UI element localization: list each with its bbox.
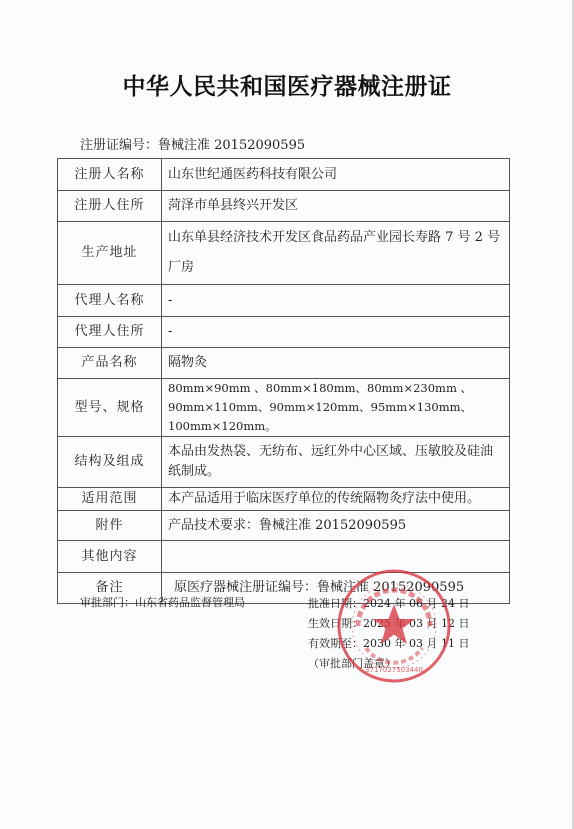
row-label: 注册人名称 <box>58 159 162 191</box>
table-row: 结构及组成 本品由发热袋、无纺布、远红外中心区域、压敏胶及硅油纸制成。 <box>58 437 510 488</box>
table-row: 其他内容 <box>58 541 510 573</box>
row-label: 产品名称 <box>58 348 162 379</box>
row-label: 结构及组成 <box>58 437 162 488</box>
row-value: 80mm×90mm 、80mm×180mm、80mm×230mm 、90mm×1… <box>162 379 510 437</box>
dates-block: 批准日期：2024 年 06 月 24 日 生效日期：2025 年 03 月 1… <box>308 594 469 674</box>
row-label: 代理人住所 <box>58 317 162 348</box>
row-value: 产品技术要求：鲁械注准 20152090595 <box>162 511 510 541</box>
row-label: 代理人名称 <box>58 285 162 317</box>
row-label: 型号、规格 <box>58 379 162 437</box>
table-row: 注册人名称 山东世纪通医药科技有限公司 <box>58 159 510 191</box>
row-value: 山东单县经济技术开发区食品药品产业园长寿路 7 号 2 号厂房 <box>162 222 510 285</box>
approval-date: 批准日期：2024 年 06 月 24 日 <box>308 594 469 614</box>
document-title: 中华人民共和国医疗器械注册证 <box>0 68 574 101</box>
row-value: 山东世纪通医药科技有限公司 <box>162 159 510 191</box>
row-value: 隔物灸 <box>162 348 510 379</box>
row-value: 本品由发热袋、无纺布、远红外中心区域、压敏胶及硅油纸制成。 <box>162 437 510 488</box>
row-label: 注册人住所 <box>58 191 162 222</box>
row-label: 生产地址 <box>58 222 162 285</box>
registration-table: 注册人名称 山东世纪通医药科技有限公司 注册人住所 菏泽市单县终兴开发区 生产地… <box>57 158 510 604</box>
table-row: 型号、规格 80mm×90mm 、80mm×180mm、80mm×230mm 、… <box>58 379 510 437</box>
row-value: 菏泽市单县终兴开发区 <box>162 191 510 222</box>
row-value: - <box>162 317 510 348</box>
table-row: 代理人名称 - <box>58 285 510 317</box>
table-row: 生产地址 山东单县经济技术开发区食品药品产业园长寿路 7 号 2 号厂房 <box>58 222 510 285</box>
table-row: 代理人住所 - <box>58 317 510 348</box>
table-row: 产品名称 隔物灸 <box>58 348 510 379</box>
expiry-date: 有效期至：2030 年 03 月 11 日 <box>308 634 469 654</box>
cert-number-line: 注册证编号：鲁械注准 20152090595 <box>80 134 305 153</box>
table-row: 注册人住所 菏泽市单县终兴开发区 <box>58 191 510 222</box>
table-row: 附件 产品技术要求：鲁械注准 20152090595 <box>58 511 510 541</box>
seal-note: （审批部门盖章） <box>308 654 469 674</box>
row-value: - <box>162 285 510 317</box>
row-label: 其他内容 <box>58 541 162 573</box>
row-value: 本产品适用于临床医疗单位的传统隔物灸疗法中使用。 <box>162 488 510 511</box>
table-row: 适用范围 本产品适用于临床医疗单位的传统隔物灸疗法中使用。 <box>58 488 510 511</box>
row-label: 适用范围 <box>58 488 162 511</box>
effective-date: 生效日期：2025 年 03 月 12 日 <box>308 614 469 634</box>
row-label: 附件 <box>58 511 162 541</box>
row-value <box>162 541 510 573</box>
approval-department: 审批部门：山东省药品监督管理局 <box>80 594 245 610</box>
